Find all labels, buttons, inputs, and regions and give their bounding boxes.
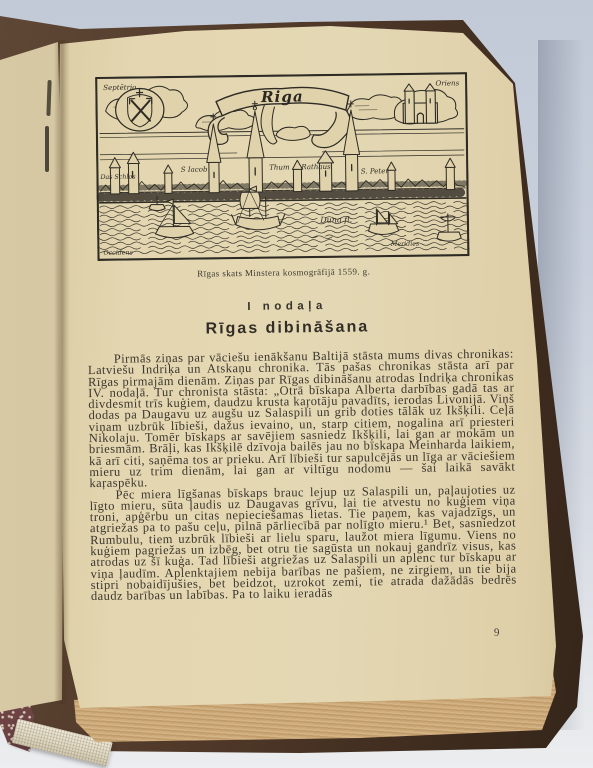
riga-coat-of-arms [115, 88, 164, 131]
page-number: 9 [467, 627, 499, 639]
page-title: Rīgas dibināšana [85, 317, 489, 340]
st-peter-label: S. Peter [361, 166, 390, 175]
body-text: Pirmās ziņas par vāciešu ienākšanu Balti… [88, 349, 517, 603]
city-skyline [99, 177, 465, 203]
compass-east-label: Oriens [435, 78, 459, 87]
st-jacob-label: S Iacob [181, 165, 208, 174]
town-hall-label: Rathaus [300, 162, 331, 171]
binding-stitch [45, 126, 49, 172]
chapter-heading: I nodaļa [85, 298, 489, 315]
river-label: Duna fl. [319, 215, 352, 224]
compass-west-label: Occidens [103, 248, 133, 256]
engraving-caption: Rīgas skats Minstera kosmogrāfijā 1559. … [98, 265, 470, 280]
cloud-castle [403, 84, 438, 124]
banner-label: Riga [260, 87, 304, 106]
compass-north-label: Septētrio [103, 83, 136, 92]
riga-woodcut-engraving: Riga [95, 72, 469, 261]
page-content: Riga [61, 24, 536, 720]
dom-label: Thum [269, 162, 290, 171]
paragraph-2: Pēc miera līgšanas bīskaps brauc lejup u… [89, 484, 516, 603]
compass-south-label: Meridies [390, 240, 420, 248]
castle-label: Das Schlos [99, 173, 136, 182]
book-photo: Riga [0, 0, 593, 768]
riga-woodcut-svg: Riga [95, 72, 469, 261]
paragraph-1: Pirmās ziņas par vāciešu ienākšanu Balti… [88, 349, 516, 490]
